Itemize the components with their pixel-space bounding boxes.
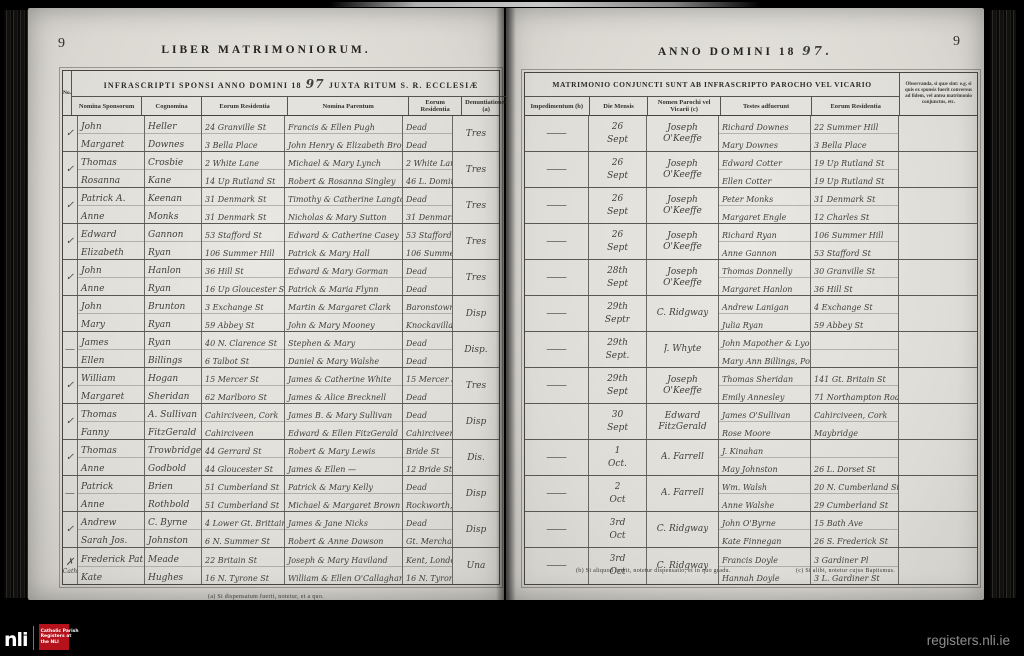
bride-parents: Patrick & Maria Flynn xyxy=(285,278,402,295)
bride-parents-residence: 12 Bride St xyxy=(403,458,452,475)
witness1-residence: 31 Denmark St xyxy=(811,188,898,206)
parents-residences-cell: Baronstown Knockavilla, Meath xyxy=(403,296,453,331)
surnames-cell: Heller Downes xyxy=(145,116,202,151)
bride-name: Rosanna xyxy=(78,170,144,187)
impedimentum-cell: — xyxy=(525,224,589,259)
witness-residences-cell: 15 Bath Ave 26 S. Frederick St xyxy=(811,512,899,547)
bride-surname: Ryan xyxy=(145,242,201,259)
bride-surname: Ryan xyxy=(145,278,201,295)
row-check-cell: ✗ Cath xyxy=(63,548,78,584)
denuntiationes-value: Disp xyxy=(466,489,486,499)
witness2-name: Margaret Hanlon xyxy=(719,278,810,295)
names-cell: Thomas Fanny xyxy=(78,404,145,439)
col-head-no: No. xyxy=(63,71,72,115)
groom-parents-residence: Dead xyxy=(403,260,452,278)
die-mensis-cell: 29th Sept xyxy=(589,368,647,403)
groom-parents-residence: 2 White Lane xyxy=(403,152,452,170)
witness2-name: Julia Ryan xyxy=(719,314,810,331)
die-mensis-cell: 26 Sept xyxy=(589,152,647,187)
month-value: Sept xyxy=(607,206,628,219)
witness2-name: Rose Moore xyxy=(719,422,810,439)
check-mark: ✓ xyxy=(66,380,74,391)
witness-residences-cell: Cahirciveen, Cork Maybridge xyxy=(811,404,899,439)
priest-cell: Joseph O'Keeffe xyxy=(647,152,719,187)
check-mark: ✓ xyxy=(66,416,74,427)
groom-residence: 2 White Lane xyxy=(202,152,284,170)
sponsi-row: ✓ John Anne Hanlon Ryan 36 Hill St 16 Up… xyxy=(63,260,499,296)
bride-residence: 14 Up Rutland St xyxy=(202,170,284,187)
impedimentum-value: — xyxy=(546,165,568,175)
bride-parents: Nicholas & Mary Sutton xyxy=(285,206,402,223)
priest-signature: C. Ridgway xyxy=(657,308,709,319)
impedimentum-cell: — xyxy=(525,116,589,151)
bride-surname: Ryan xyxy=(145,314,201,331)
impedimentum-cell: — xyxy=(525,188,589,223)
row-check-cell xyxy=(63,296,78,331)
site-url-watermark: registers.nli.ie xyxy=(927,633,1010,648)
priest-signature: C. Ridgway xyxy=(657,524,709,535)
groom-surname: Ryan xyxy=(145,332,201,350)
groom-name: Edward xyxy=(78,224,144,242)
bride-surname: Johnston xyxy=(145,530,201,547)
groom-parents-residence: Kent, London xyxy=(403,548,452,567)
witness-residences-cell: 3 Gardiner Pl 3 L. Gardiner St xyxy=(811,548,899,584)
residences-cell: 44 Gerrard St 44 Gloucester St xyxy=(202,440,285,475)
matrimonio-rows: — 26 Sept Joseph O'Keeffe Richard Downes… xyxy=(525,116,977,584)
book-right-edge xyxy=(990,10,1016,598)
witnesses-cell: Francis Doyle Hannah Doyle xyxy=(719,548,811,584)
parents-cell: Martin & Margaret Clark John & Mary Moon… xyxy=(285,296,403,331)
priest-signature: Joseph O'Keeffe xyxy=(647,195,718,217)
groom-name: Thomas xyxy=(78,152,144,170)
bride-name: Anne xyxy=(78,458,144,475)
impedimentum-cell: — xyxy=(525,548,589,584)
priest-cell: Edward FitzGerald xyxy=(647,404,719,439)
month-value: Sept xyxy=(607,422,628,435)
surnames-cell: Hanlon Ryan xyxy=(145,260,202,295)
bride-parents-residence: Rockworth, Derby xyxy=(403,494,452,511)
col-head-residentia: Eorum Residentia xyxy=(202,97,288,115)
bride-residence: 62 Marlboro St xyxy=(202,386,284,403)
witness1-residence: 3 Gardiner Pl xyxy=(811,548,898,567)
watermark-bar: nli Catholic Parish Registers at the NLI… xyxy=(0,602,1024,656)
priest-cell: Joseph O'Keeffe xyxy=(647,368,719,403)
witness2-residence xyxy=(811,350,898,367)
denuntiationes-cell: Tres xyxy=(453,260,499,295)
groom-parents: James & Catherine White xyxy=(285,368,402,386)
bride-name: Anne xyxy=(78,206,144,223)
bride-name: Margaret xyxy=(78,386,144,403)
month-value: Oct. xyxy=(608,458,627,471)
bride-residence: 3 Bella Place xyxy=(202,134,284,151)
denuntiationes-cell: Tres xyxy=(453,368,499,403)
names-cell: Edward Elizabeth xyxy=(78,224,145,259)
bride-surname: Hughes xyxy=(145,567,201,585)
matrimonio-row: 30 Sept Edward FitzGerald James O'Sulliv… xyxy=(525,404,977,440)
groom-parents-residence: 53 Stafford St xyxy=(403,224,452,242)
impedimentum-value: — xyxy=(546,381,568,391)
right-span-header: MATRIMONIO CONJUNCTI SUNT AB INFRASCRIPT… xyxy=(552,80,871,89)
register-right-page: 9 ANNO DOMINI 18 97. MATRIMONIO CONJUNCT… xyxy=(506,8,984,600)
parents-cell: Stephen & Mary Daniel & Mary Walshe xyxy=(285,332,403,367)
matrimonio-row: — 3rd Oct C. Ridgway John O'Byrne Kate F… xyxy=(525,512,977,548)
surnames-cell: A. Sullivan FitzGerald xyxy=(145,404,202,439)
residences-cell: 15 Mercer St 62 Marlboro St xyxy=(202,368,285,403)
day-value: 30 xyxy=(612,409,623,422)
witness2-name: Mary Ann Billings, Portland, Meath xyxy=(719,350,810,367)
bride-residence: Cahirciveen xyxy=(202,422,284,439)
residences-cell: 24 Granville St 3 Bella Place xyxy=(202,116,285,151)
groom-parents-residence: Dead xyxy=(403,476,452,494)
priest-cell: C. Ridgway xyxy=(647,296,719,331)
witness2-residence: 71 Northampton Road xyxy=(811,386,898,403)
names-cell: Thomas Rosanna xyxy=(78,152,145,187)
witness1-residence: 22 Summer Hill xyxy=(811,116,898,134)
bride-parents: William & Ellen O'Callaghan xyxy=(285,567,402,585)
check-mark: — xyxy=(65,344,75,355)
residences-cell: 40 N. Clarence St 6 Talbot St xyxy=(202,332,285,367)
month-value: Sept. xyxy=(606,350,630,363)
check-mark: ✓ xyxy=(66,452,74,463)
priest-cell: J. Whyte xyxy=(647,332,719,367)
bride-residence: 16 N. Tyrone St xyxy=(202,567,284,585)
sponsi-row: — Patrick Anne Brien Rothbold 51 Cumberl… xyxy=(63,476,499,512)
witnesses-cell: Andrew Lanigan Julia Ryan xyxy=(719,296,811,331)
surnames-cell: Ryan Billings xyxy=(145,332,202,367)
check-mark: ✓ xyxy=(66,272,74,283)
witness2-residence: 53 Stafford St xyxy=(811,242,898,259)
groom-residence: 44 Gerrard St xyxy=(202,440,284,458)
impedimentum-value: — xyxy=(546,237,568,247)
bride-parents-residence: Dead xyxy=(403,350,452,367)
witness2-residence: 26 S. Frederick St xyxy=(811,530,898,547)
surnames-cell: Brunton Ryan xyxy=(145,296,202,331)
day-value: 29th xyxy=(607,337,628,350)
witness1-residence xyxy=(811,440,898,458)
year-handwritten: 97 xyxy=(306,77,325,91)
denuntiationes-value: Tres xyxy=(466,237,486,247)
impedimentum-value: — xyxy=(546,273,568,283)
groom-surname: C. Byrne xyxy=(145,512,201,530)
logo-divider xyxy=(33,626,34,650)
parents-cell: Michael & Mary Lynch Robert & Rosanna Si… xyxy=(285,152,403,187)
col-head-cognomina: Cognomina xyxy=(142,97,202,115)
nli-red-box: Catholic Parish Registers at the NLI xyxy=(39,624,69,650)
day-value: 28th xyxy=(607,265,628,278)
groom-residence: 4 Lower Gt. Brittain St xyxy=(202,512,284,530)
priest-cell: Joseph O'Keeffe xyxy=(647,188,719,223)
impedimentum-cell: — xyxy=(525,332,589,367)
register-left-page: 9 LIBER MATRIMONIORUM. No. INFRASCRIPTI … xyxy=(28,8,504,600)
month-value: Septr xyxy=(605,314,630,327)
witness1-name: John Mapother & Lyons, Clare xyxy=(719,332,810,350)
denuntiationes-cell: Disp. xyxy=(453,332,499,367)
bride-surname: Downes xyxy=(145,134,201,151)
groom-residence: 31 Denmark St xyxy=(202,188,284,206)
col-head-parent-residentia: Eorum Residentia xyxy=(409,97,462,115)
denuntiationes-value: Disp xyxy=(466,309,486,319)
sponsi-row: ✓ John Margaret Heller Downes 24 Granvil… xyxy=(63,116,499,152)
groom-name: Thomas xyxy=(78,440,144,458)
witness1-name: Peter Monks xyxy=(719,188,810,206)
denuntiationes-cell: Una xyxy=(453,548,499,584)
priest-cell: C. Ridgway xyxy=(647,512,719,547)
bride-name: Anne xyxy=(78,278,144,295)
priest-signature: Joseph O'Keeffe xyxy=(647,159,718,181)
witness2-residence: 12 Charles St xyxy=(811,206,898,223)
denuntiationes-cell: Disp xyxy=(453,404,499,439)
observanda-cell xyxy=(899,260,977,295)
surnames-cell: Brien Rothbold xyxy=(145,476,202,511)
month-value: Sept xyxy=(607,386,628,399)
day-value: 3rd xyxy=(610,553,626,566)
groom-parents-residence: Dead xyxy=(403,332,452,350)
groom-surname: Heller xyxy=(145,116,201,134)
parents-residences-cell: Kent, London 16 N. Tyrone St xyxy=(403,548,453,584)
right-footnote-b: (b) Si aliquod fuerit, notetur dispensat… xyxy=(576,568,731,574)
row-check-cell: ✓ xyxy=(63,404,78,439)
witnesses-cell: Thomas Sheridan Emily Annesley xyxy=(719,368,811,403)
groom-surname: Brien xyxy=(145,476,201,494)
witness2-residence: 29 Cumberland St xyxy=(811,494,898,511)
denuntiationes-cell: Disp xyxy=(453,296,499,331)
bride-parents: John Henry & Elizabeth Brophy xyxy=(285,134,402,151)
observanda-cell xyxy=(899,404,977,439)
die-mensis-cell: 30 Sept xyxy=(589,404,647,439)
priest-signature: Edward FitzGerald xyxy=(647,411,718,433)
die-mensis-cell: 29th Septr xyxy=(589,296,647,331)
witness1-residence: 20 N. Cumberland St xyxy=(811,476,898,494)
bride-parents: John & Mary Mooney xyxy=(285,314,402,331)
witness-residences-cell: 30 Granville St 36 Hill St xyxy=(811,260,899,295)
groom-surname: Meade xyxy=(145,548,201,567)
groom-name: John xyxy=(78,296,144,314)
denuntiationes-value: Tres xyxy=(466,129,486,139)
residences-cell: 51 Cumberland St 51 Cumberland St xyxy=(202,476,285,511)
bride-surname: Sheridan xyxy=(145,386,201,403)
witness2-name: Anne Walshe xyxy=(719,494,810,511)
parents-residences-cell: Dead 31 Denmark St xyxy=(403,188,453,223)
col-head-testes-residentia: Eorum Residentia xyxy=(812,97,899,115)
surnames-cell: Hogan Sheridan xyxy=(145,368,202,403)
bride-surname: Godbold xyxy=(145,458,201,475)
residences-cell: 22 Britain St 16 N. Tyrone St xyxy=(202,548,285,584)
impedimentum-value: — xyxy=(546,309,568,319)
parents-residences-cell: Bride St 12 Bride St xyxy=(403,440,453,475)
matrimonio-row: — 29th Sept Joseph O'Keeffe Thomas Sheri… xyxy=(525,368,977,404)
witness1-name: Thomas Sheridan xyxy=(719,368,810,386)
parents-cell: Edward & Catherine Casey Patrick & Mary … xyxy=(285,224,403,259)
witness-residences-cell: 20 N. Cumberland St 29 Cumberland St xyxy=(811,476,899,511)
die-mensis-cell: 26 Sept xyxy=(589,224,647,259)
bride-residence: 51 Cumberland St xyxy=(202,494,284,511)
groom-parents: Edward & Mary Gorman xyxy=(285,260,402,278)
matrimonio-row: — 29th Septr C. Ridgway Andrew Lanigan J… xyxy=(525,296,977,332)
bride-surname: Rothbold xyxy=(145,494,201,511)
denuntiationes-value: Disp xyxy=(466,525,486,535)
bride-residence: 31 Denmark St xyxy=(202,206,284,223)
groom-residence: 3 Exchange St xyxy=(202,296,284,314)
check-mark: ✓ xyxy=(66,524,74,535)
witness2-residence: Maybridge xyxy=(811,422,898,439)
witness1-name: Wm. Walsh xyxy=(719,476,810,494)
denuntiationes-value: Disp. xyxy=(464,345,487,355)
impedimentum-value: — xyxy=(546,453,568,463)
parents-residences-cell: 53 Stafford St 106 Summer Hill xyxy=(403,224,453,259)
die-mensis-cell: 3rd Oct xyxy=(589,548,647,584)
bride-surname: FitzGerald xyxy=(145,422,201,439)
month-value: Sept xyxy=(607,170,628,183)
col-head-impedimentum: Impedimentum (b) xyxy=(525,97,590,115)
bride-name: Kate xyxy=(78,567,144,585)
bride-name: Mary xyxy=(78,314,144,331)
residences-cell: 4 Lower Gt. Brittain St 6 N. Summer St xyxy=(202,512,285,547)
groom-residence: 53 Stafford St xyxy=(202,224,284,242)
groom-surname: Keenan xyxy=(145,188,201,206)
left-span-header: INFRASCRIPTI SPONSI ANNO DOMINI 18 97 JU… xyxy=(104,77,479,91)
groom-name: William xyxy=(78,368,144,386)
groom-surname: Brunton xyxy=(145,296,201,314)
parents-residences-cell: Dead Cahirciveen xyxy=(403,404,453,439)
parents-cell: Francis & Ellen Pugh John Henry & Elizab… xyxy=(285,116,403,151)
bride-parents: Robert & Anne Dawson xyxy=(285,530,402,547)
witness1-residence: Cahirciveen, Cork xyxy=(811,404,898,422)
residences-cell: 36 Hill St 16 Up Gloucester St xyxy=(202,260,285,295)
witness2-residence: 19 Up Rutland St xyxy=(811,170,898,187)
denuntiationes-value: Dis. xyxy=(467,453,485,463)
parents-residences-cell: 15 Mercer St Dead xyxy=(403,368,453,403)
observanda-cell xyxy=(899,296,977,331)
observanda-cell xyxy=(899,224,977,259)
witnesses-cell: John Mapother & Lyons, Clare Mary Ann Bi… xyxy=(719,332,811,367)
priest-cell: A. Farrell xyxy=(647,440,719,475)
die-mensis-cell: 28th Sept xyxy=(589,260,647,295)
row-check-cell: — xyxy=(63,332,78,367)
matrimonio-row: — 1 Oct. A. Farrell J. Kinahan May Johns… xyxy=(525,440,977,476)
priest-cell: Joseph O'Keeffe xyxy=(647,260,719,295)
groom-parents: Joseph & Mary Haviland xyxy=(285,548,402,567)
names-cell: Andrew Sarah Jos. xyxy=(78,512,145,547)
bride-parents: Patrick & Mary Hall xyxy=(285,242,402,259)
row-check-cell: ✓ xyxy=(63,440,78,475)
witness1-residence xyxy=(811,332,898,350)
bride-parents-residence: Dead xyxy=(403,278,452,295)
groom-surname: A. Sullivan xyxy=(145,404,201,422)
parents-cell: Robert & Mary Lewis James & Ellen — xyxy=(285,440,403,475)
denuntiationes-cell: Tres xyxy=(453,188,499,223)
matrimonio-row: — 29th Sept. J. Whyte John Mapother & Ly… xyxy=(525,332,977,368)
names-cell: John Mary xyxy=(78,296,145,331)
parents-cell: Edward & Mary Gorman Patrick & Maria Fly… xyxy=(285,260,403,295)
row-check-cell: ✓ xyxy=(63,260,78,295)
die-mensis-cell: 26 Sept xyxy=(589,116,647,151)
groom-parents: Michael & Mary Lynch xyxy=(285,152,402,170)
parents-cell: James & Catherine White James & Alice Br… xyxy=(285,368,403,403)
witnesses-cell: J. Kinahan May Johnston xyxy=(719,440,811,475)
names-cell: Patrick A. Anne xyxy=(78,188,145,223)
groom-name: Patrick A. xyxy=(78,188,144,206)
observanda-cell xyxy=(899,440,977,475)
groom-parents: Edward & Catherine Casey xyxy=(285,224,402,242)
priest-signature: Joseph O'Keeffe xyxy=(647,123,718,145)
denuntiationes-value: Una xyxy=(467,561,486,571)
parents-cell: Patrick & Mary Kelly Michael & Margaret … xyxy=(285,476,403,511)
parents-residences-cell: Dead Dead xyxy=(403,116,453,151)
observanda-cell xyxy=(899,476,977,511)
groom-parents-residence: Dead xyxy=(403,116,452,134)
witness2-name: May Johnston xyxy=(719,458,810,475)
groom-parents: Robert & Mary Lewis xyxy=(285,440,402,458)
groom-parents: Martin & Margaret Clark xyxy=(285,296,402,314)
groom-surname: Crosbie xyxy=(145,152,201,170)
bride-residence: 59 Abbey St xyxy=(202,314,284,331)
bride-parents: James & Ellen — xyxy=(285,458,402,475)
surnames-cell: Keenan Monks xyxy=(145,188,202,223)
sponsi-row: — James Ellen Ryan Billings 40 N. Claren… xyxy=(63,332,499,368)
day-value: 26 xyxy=(612,193,623,206)
bride-residence: 6 N. Summer St xyxy=(202,530,284,547)
impedimentum-value: — xyxy=(546,525,568,535)
witness1-residence: 19 Up Rutland St xyxy=(811,152,898,170)
groom-parents: James & Jane Nicks xyxy=(285,512,402,530)
day-value: 29th xyxy=(607,301,628,314)
groom-name: Patrick xyxy=(78,476,144,494)
bride-surname: Kane xyxy=(145,170,201,187)
surnames-cell: Trowbridge Godbold xyxy=(145,440,202,475)
residences-cell: 2 White Lane 14 Up Rutland St xyxy=(202,152,285,187)
priest-cell: Joseph O'Keeffe xyxy=(647,116,719,151)
witness1-residence: 4 Exchange St xyxy=(811,296,898,314)
impedimentum-cell: — xyxy=(525,440,589,475)
groom-name: Thomas xyxy=(78,404,144,422)
bride-parents-residence: 16 N. Tyrone St xyxy=(403,567,452,585)
witness-residences-cell: 31 Denmark St 12 Charles St xyxy=(811,188,899,223)
witness1-name: Andrew Lanigan xyxy=(719,296,810,314)
check-mark: ✓ xyxy=(66,164,74,175)
nli-logo: nli Catholic Parish Registers at the NLI xyxy=(4,624,69,650)
witness2-name: Kate Finnegan xyxy=(719,530,810,547)
groom-surname: Hanlon xyxy=(145,260,201,278)
die-mensis-cell: 1 Oct. xyxy=(589,440,647,475)
denuntiationes-value: Tres xyxy=(466,381,486,391)
col-head-observanda: Observanda, si quæ sint: e.g. si quis ex… xyxy=(900,73,977,115)
sponsi-row: ✓ Edward Elizabeth Gannon Ryan 53 Staffo… xyxy=(63,224,499,260)
bride-parents: Michael & Margaret Brown xyxy=(285,494,402,511)
check-mark: ✓ xyxy=(66,200,74,211)
bride-name: Sarah Jos. xyxy=(78,530,144,547)
observanda-cell xyxy=(899,512,977,547)
impedimentum-cell: — xyxy=(525,152,589,187)
residences-cell: Cahirciveen, Cork Cahirciveen xyxy=(202,404,285,439)
witness1-residence: 106 Summer Hill xyxy=(811,224,898,242)
groom-residence: 22 Britain St xyxy=(202,548,284,567)
row-check-cell: ✓ xyxy=(63,116,78,151)
col-head-parochi: Nomen Parochi vel Vicarii (c) xyxy=(648,97,720,115)
denuntiationes-cell: Disp xyxy=(453,512,499,547)
check-mark: ✓ xyxy=(66,128,74,139)
impedimentum-value: — xyxy=(546,201,568,211)
priest-cell: A. Farrell xyxy=(647,476,719,511)
witness1-name: Richard Ryan xyxy=(719,224,810,242)
month-value: Sept xyxy=(607,134,628,147)
parents-cell: James B. & Mary Sullivan Edward & Ellen … xyxy=(285,404,403,439)
col-head-sponsorum: Nomina Sponsorum xyxy=(72,97,142,115)
groom-surname: Trowbridge xyxy=(145,440,201,458)
bride-residence: 6 Talbot St xyxy=(202,350,284,367)
bride-residence: 44 Gloucester St xyxy=(202,458,284,475)
observanda-cell xyxy=(899,548,977,584)
denuntiationes-cell: Dis. xyxy=(453,440,499,475)
